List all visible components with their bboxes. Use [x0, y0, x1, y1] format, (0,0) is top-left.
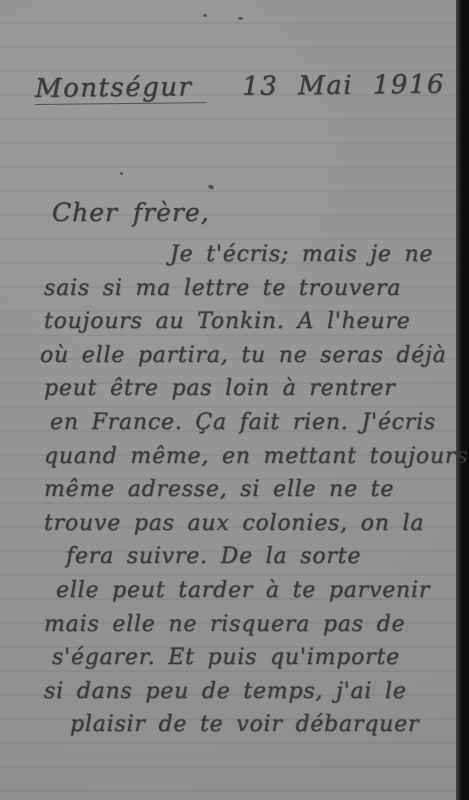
letter-line: toujours au Tonkin. A l'heure: [44, 305, 458, 339]
letter-scan: Montségur 13 Mai 1916 Cher frère, Je t'é…: [0, 0, 469, 800]
letter-line: peut être pas loin à rentrer: [44, 372, 458, 406]
scan-speck: [238, 17, 243, 20]
letter-line: fera suivre. De la sorte: [66, 540, 458, 574]
scan-speck: [207, 184, 214, 190]
letter-line: elle peut tarder à te parvenir: [56, 574, 458, 608]
dateline-place: Montségur: [35, 72, 207, 105]
salutation: Cher frère,: [52, 198, 210, 227]
letter-line: en France. Ça fait rien. J'écris: [50, 406, 458, 440]
letter-line: mais elle ne risquera pas de: [44, 608, 458, 642]
letter-line: si dans peu de temps, j'ai le: [44, 675, 458, 709]
dateline: Montségur 13 Mai 1916: [0, 70, 445, 105]
letter-line: quand même, en mettant toujours: [44, 440, 458, 474]
letter-line: Je t'écris; mais je ne: [44, 238, 458, 272]
letter-line: où elle partira, tu ne seras déjà: [40, 339, 458, 373]
scan-speck: [120, 172, 123, 175]
letter-line: trouve pas aux colonies, on la: [44, 507, 458, 541]
scan-speck: [203, 14, 207, 17]
letter-line: plaisir de te voir débarquer: [70, 708, 458, 742]
letter-body: Je t'écris; mais je ne sais si ma lettre…: [44, 238, 458, 742]
dateline-date: 13 Mai 1916: [242, 70, 445, 102]
letter-line: s'égarer. Et puis qu'importe: [52, 641, 458, 675]
letter-line: même adresse, si elle ne te: [44, 473, 458, 507]
letter-line: sais si ma lettre te trouvera: [44, 272, 458, 306]
